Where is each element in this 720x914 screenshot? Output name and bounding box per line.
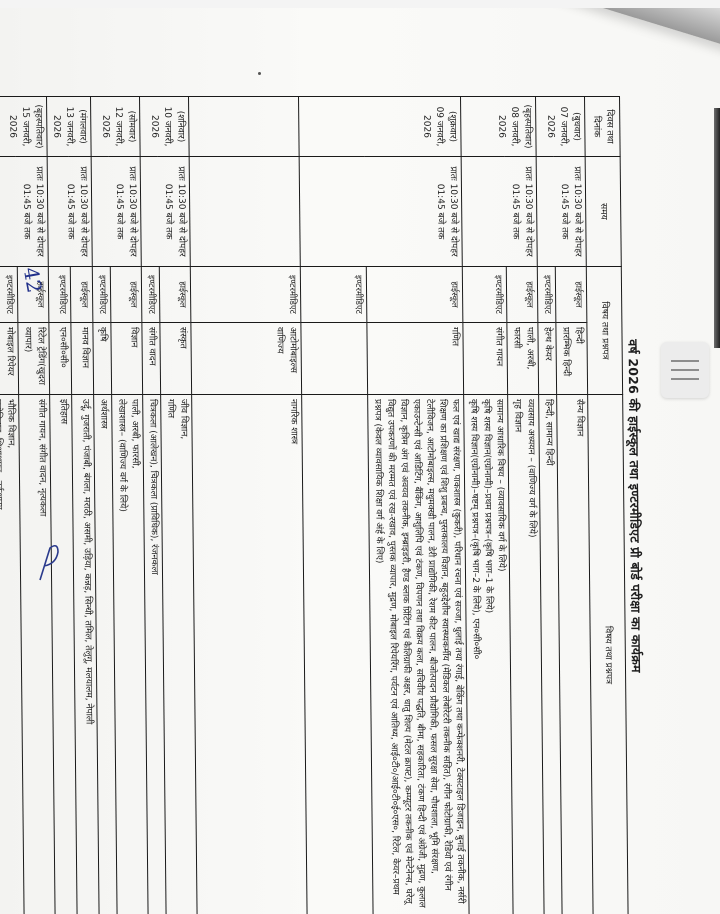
subject: मानव विज्ञान <box>71 323 94 395</box>
speck <box>258 72 261 75</box>
subject: एन०सी०सी० <box>49 323 72 395</box>
header-subject: विषय तथा प्रश्नपत्र <box>586 267 622 395</box>
subject-papers: जीव विज्ञान,गणित <box>161 395 197 914</box>
exam-date-text: 07 जनवरी, 2026 <box>545 107 568 147</box>
header-date: दिवस तथा दिनांक <box>585 97 621 157</box>
time-end: 01:45 बजे तक <box>19 161 33 262</box>
class-level: इण्टरमीडिएट <box>300 267 367 323</box>
page-fold-shadow <box>352 8 720 54</box>
exam-date-text: 15 जनवरी, 2026 <box>7 107 30 147</box>
table-row: (शुक्रवार)09 जनवरी, 2026प्रातः 10:30 बजे… <box>365 97 470 914</box>
subject: पाली, अरबी, फारसी <box>507 323 539 395</box>
time-start: प्रातः 10:30 बजे से दोपहर <box>521 161 535 262</box>
class-level: हाईस्कूल <box>159 267 191 323</box>
exam-date-text: 08 जनवरी, 2026 <box>496 107 519 147</box>
exam-day: (बृहस्पतिवार) <box>522 104 532 148</box>
exam-time: प्रातः 10:30 बजे से दोपहर01:45 बजे तक <box>461 157 537 267</box>
table-row: इण्टरमीडिएटआटोमोबाइल्सवाणिज्यनागरिक शास्… <box>189 97 308 914</box>
exam-date-text: 10 जनवरी, 2026 <box>149 107 172 147</box>
exam-date-text: 13 जनवरी, 2026 <box>51 107 74 147</box>
subject-papers: सामान्य आधारिक विषय – (व्यावसायिक वर्ग क… <box>464 395 513 914</box>
exam-date-text: 12 जनवरी, 2026 <box>100 107 123 147</box>
exam-date: (सोमवार)12 जनवरी, 2026 <box>91 97 141 157</box>
time-start: प्रातः 10:30 बजे से दोपहर <box>570 161 584 262</box>
signature-mark <box>36 542 66 582</box>
exam-time: प्रातः 10:30 बजे से दोपहर01:45 बजे तक <box>0 157 48 267</box>
time-start: प्रातः 10:30 बजे से दोपहर <box>32 161 46 262</box>
time-end: 01:45 बजे तक <box>557 161 571 262</box>
exam-time: प्रातः 10:30 बजे से दोपहर01:45 बजे तक <box>91 157 141 267</box>
exam-time: प्रातः 10:30 बजे से दोपहर01:45 बजे तक <box>536 157 586 267</box>
subject: संगीत गायन <box>463 323 508 395</box>
header-time: समय <box>585 157 621 267</box>
subject-papers: संगीत गायन, संगीत वादन, नृत्यकला <box>19 395 55 914</box>
subject-papers: फल एवं खाद्य संरक्षण, पाकशास्त्र (कुकरी)… <box>368 395 469 914</box>
exam-day: (शुक्रवार) <box>447 111 457 142</box>
subject: गणित <box>367 323 464 395</box>
class-level: इण्टरमीडिएट <box>48 267 71 323</box>
time-end: 01:45 बजे तक <box>433 161 447 262</box>
exam-date-text: 09 जनवरी, 2026 <box>421 107 444 147</box>
time-end <box>297 161 298 262</box>
viewer-top-bar <box>0 0 720 8</box>
subject-papers <box>302 395 373 914</box>
class-level: हाईस्कूल <box>366 267 463 323</box>
class-level: हाईस्कूल <box>506 267 538 323</box>
schedule-table: दिवस तथा दिनांक समय विषय तथा प्रश्नपत्र … <box>0 96 629 914</box>
exam-day: (सोमवार) <box>126 111 136 143</box>
header-subject-2: विषय तथा प्रश्नपत्र <box>588 395 628 914</box>
exam-day: (मंगलवार) <box>77 109 87 144</box>
subject: हेल्थ केयर <box>538 323 557 395</box>
exam-time <box>189 157 300 267</box>
subject: मोबाइल रिपेयर <box>0 323 19 395</box>
subject-papers: सैन्य विज्ञान <box>557 395 593 914</box>
page-edge <box>714 108 720 348</box>
exam-day: (बृहस्पतिवार) <box>33 104 43 148</box>
exam-schedule-document: वर्ष 2026 की हाईस्कूल तथा इण्टरमीडिएट प्… <box>0 96 649 914</box>
exam-date: (बुधवार)07 जनवरी, 2026 <box>536 97 586 157</box>
class-level: हाईस्कूल <box>110 267 142 323</box>
exam-date: (शनिवार)10 जनवरी, 2026 <box>140 97 190 157</box>
subject-papers: नागरिक शास्त्र <box>192 395 307 914</box>
exam-date <box>189 97 300 157</box>
exam-date: (बृहस्पतिवार)15 जनवरी, 2026 <box>0 97 47 157</box>
subject: कृषि <box>93 323 112 395</box>
time-end: 01:45 बजे तक <box>161 161 175 262</box>
subject: संस्कृत <box>160 323 192 395</box>
class-level: हाईस्कूल <box>70 267 93 323</box>
class-level: इण्टरमीडिएट <box>92 267 111 323</box>
class-level: इण्टरमीडिएट <box>462 267 507 323</box>
subject <box>301 323 368 395</box>
exam-date: (बृहस्पतिवार)08 जनवरी, 2026 <box>461 97 537 157</box>
subject: हिन्दीप्रारम्भिक हिन्दी <box>556 323 588 395</box>
exam-date: (मंगलवार)13 जनवरी, 2026 <box>47 97 92 157</box>
exam-day: (बुधवार) <box>571 112 581 141</box>
exam-time: प्रातः 10:30 बजे से दोपहर01:45 बजे तक <box>140 157 190 267</box>
exam-time: प्रातः 10:30 बजे से दोपहर01:45 बजे तक <box>47 157 92 267</box>
time-start: प्रातः 10:30 बजे से दोपहर <box>446 161 460 262</box>
subject: संगीत वादन <box>142 323 161 395</box>
exam-time: प्रातः 10:30 बजे से दोपहर01:45 बजे तक <box>299 157 462 267</box>
subject: विज्ञान <box>111 323 143 395</box>
time-start: प्रातः 10:30 बजे से दोपहर <box>76 161 90 262</box>
subject-papers: व्यवसाय अध्ययन – (वाणिज्य वर्ग के लिये)ग… <box>508 395 544 914</box>
class-level: इण्टरमीडिएट <box>190 267 301 323</box>
time-start: प्रातः 10:30 बजे से दोपहर <box>125 161 139 262</box>
time-end: 01:45 बजे तक <box>63 161 77 262</box>
hamburger-menu-icon[interactable] <box>661 342 709 398</box>
subject-papers: पाली, अरबी, फारसी,लेखाशास्त्र– (वाणिज्य … <box>112 395 148 914</box>
time-start <box>297 161 298 262</box>
exam-date: (शुक्रवार)09 जनवरी, 2026 <box>299 97 462 157</box>
time-end: 01:45 बजे तक <box>112 161 126 262</box>
class-level: इण्टरमीडिएट <box>537 267 556 323</box>
exam-day: (शनिवार) <box>175 111 185 143</box>
handwritten-page-number: 42 <box>19 265 47 294</box>
class-level: इण्टरमीडिएट <box>0 267 18 323</box>
class-level: इण्टरमीडिएट <box>141 267 160 323</box>
subject: आटोमोबाइल्सवाणिज्य <box>191 323 302 395</box>
class-level: हाईस्कूल <box>555 267 587 323</box>
time-start: प्रातः 10:30 बजे से दोपहर <box>174 161 188 262</box>
subject: रिटेल ट्रेडिंग(खुदरा व्यापार) <box>18 323 50 395</box>
time-end: 01:45 बजे तक <box>508 161 522 262</box>
